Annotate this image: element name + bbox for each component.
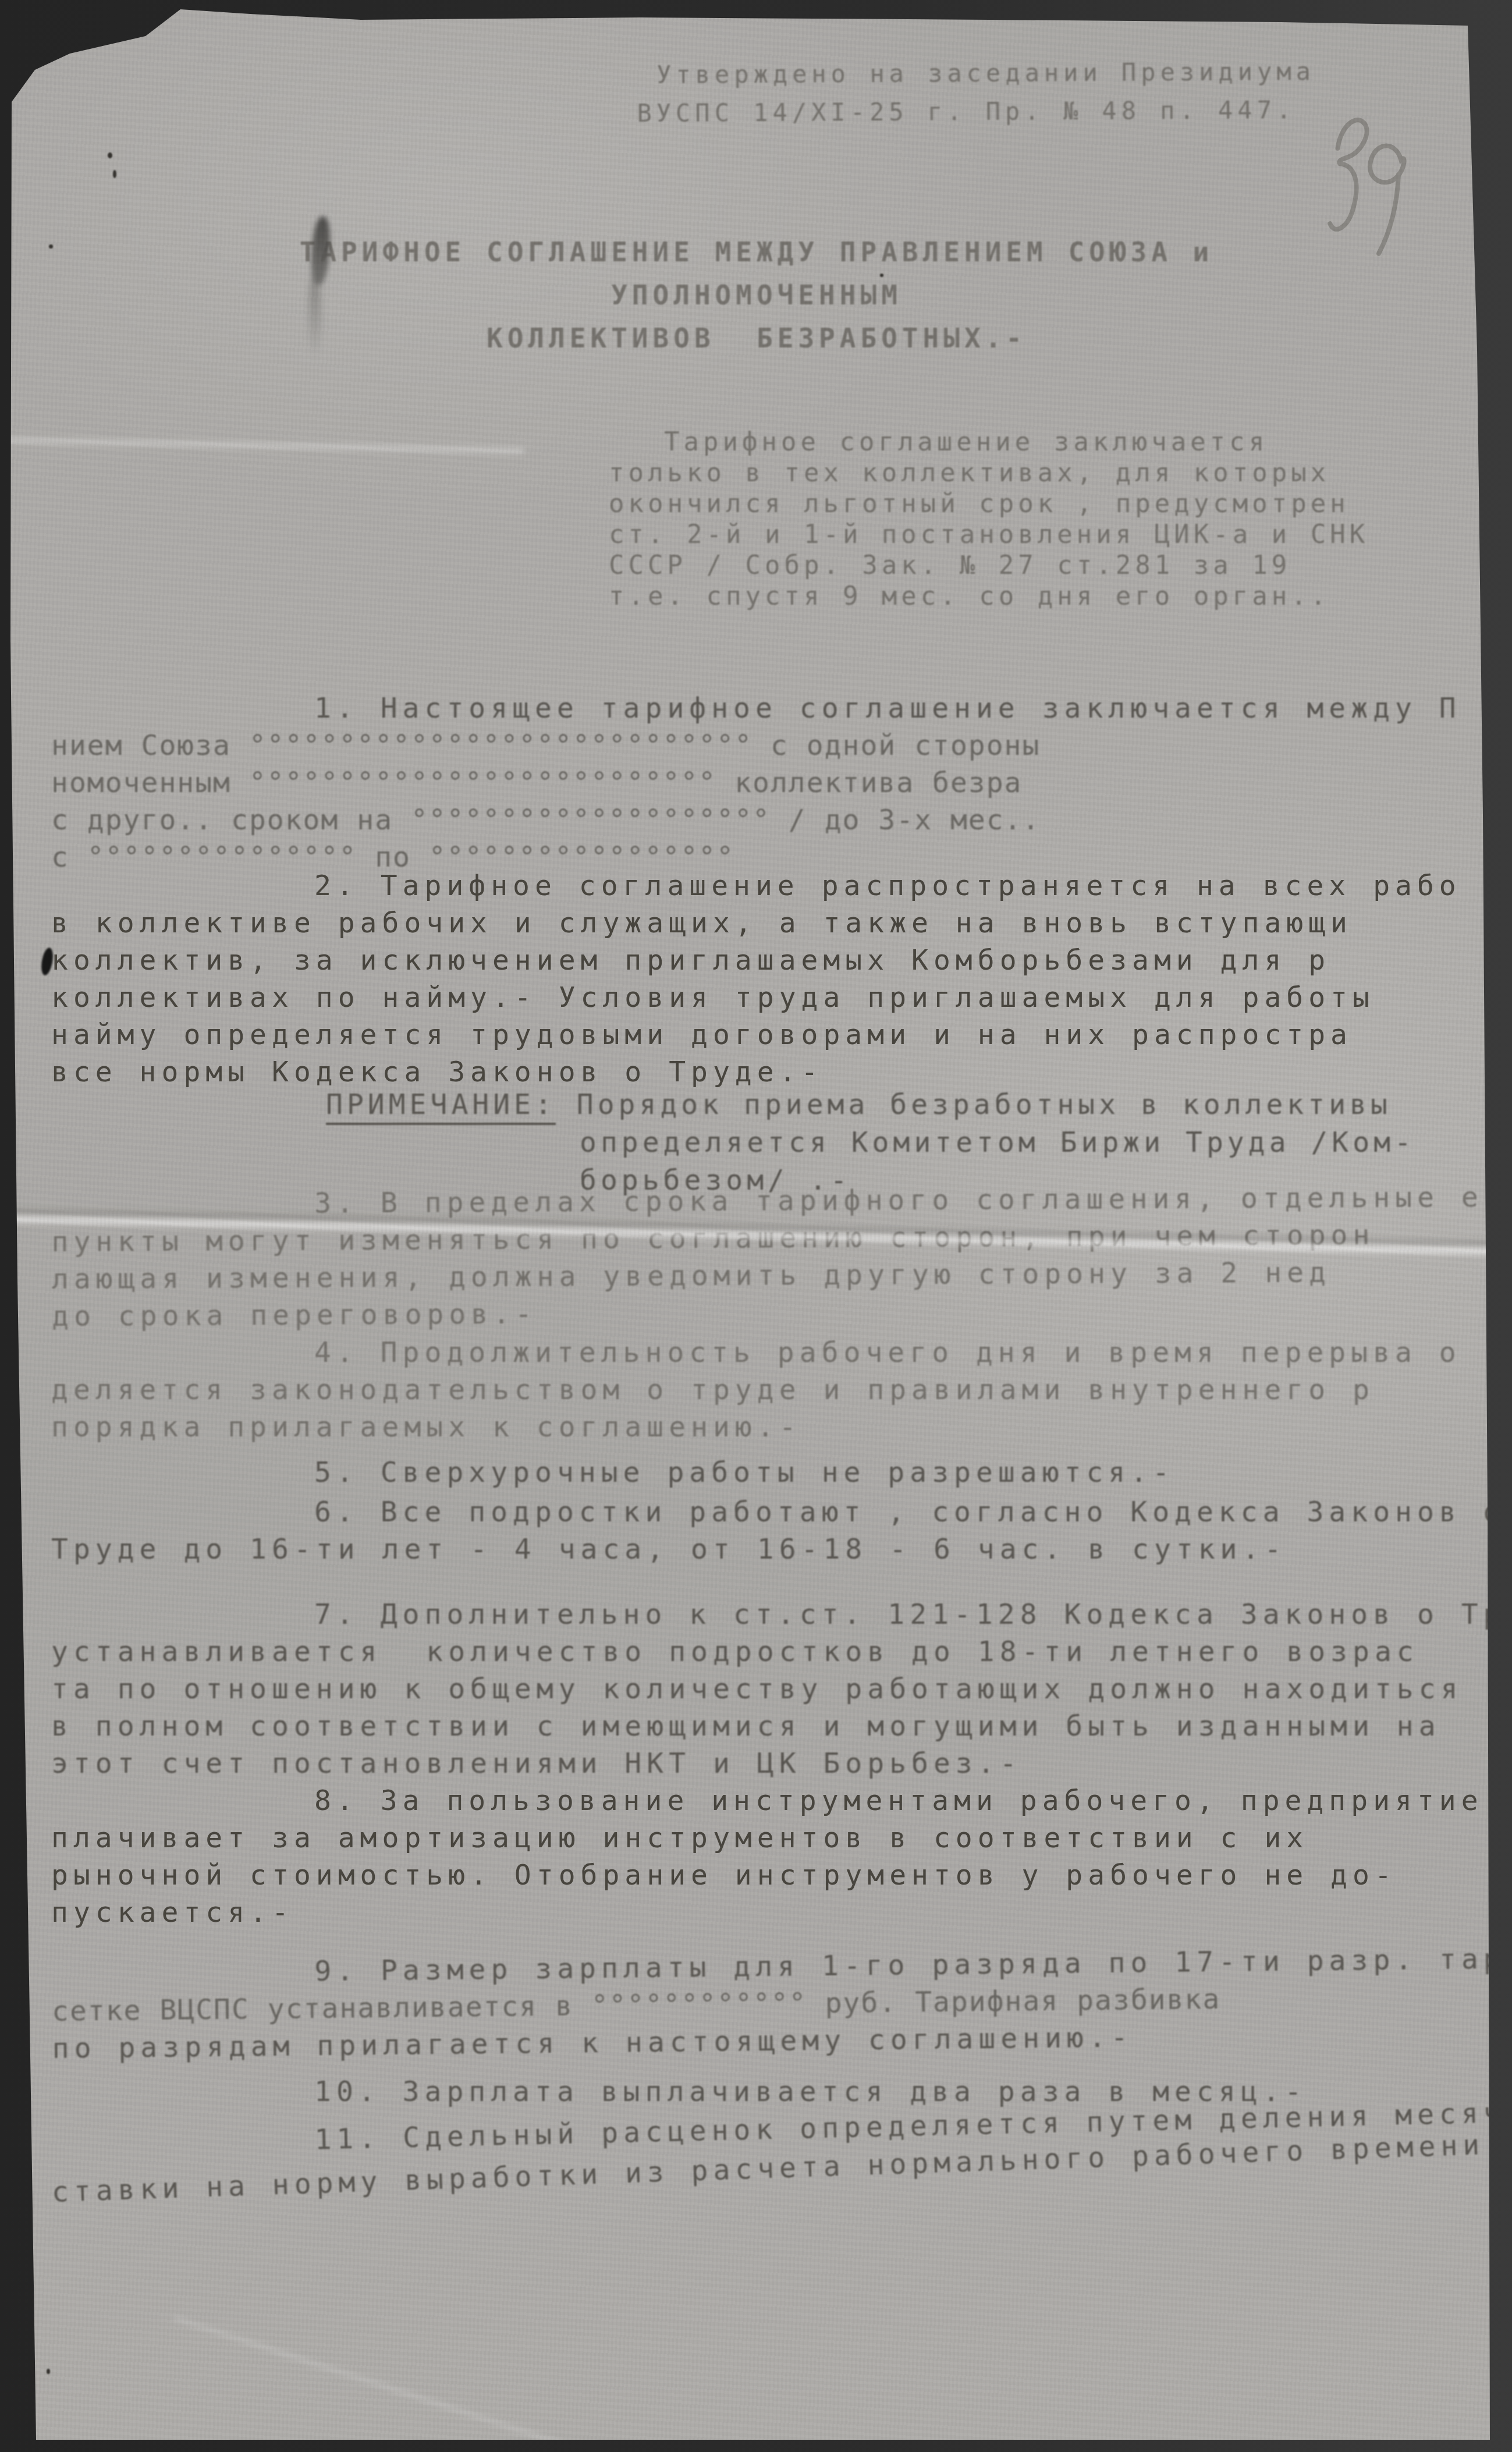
- clause-11-line: ставки на норму выработки из расчета нор…: [51, 2127, 1472, 2211]
- clause-11: 11. Сдельный расценок определяется путем…: [51, 2127, 1471, 2211]
- document-title: ТАРИФНОЕ СОГЛАШЕНИЕ МЕЖДУ ПРАВЛЕНИЕМ СОЮ…: [274, 230, 1240, 360]
- clause-11-line: 11. Сдельный расценок определяется путем…: [51, 2095, 1472, 2164]
- note-line-1: ПРИМЕЧАНИЕ: Порядок приема безработных в…: [326, 1086, 1415, 1124]
- clause-5-line: 5. Сверхурочные работы не разрешаются.-: [51, 1454, 1471, 1491]
- fold-crease-bottom: [174, 2316, 563, 2446]
- note-line-3: борьбезом/ .-: [326, 1162, 1415, 1200]
- clause-3: 3. В пределах срока тарифного соглашения…: [51, 1179, 1472, 1335]
- clause-3-line: пункты могут изменяться по соглашению ст…: [51, 1216, 1471, 1261]
- scanner-background: Утверждено на заседании Президиума ВУСПС…: [0, 0, 1512, 2452]
- clause-7-line: этот счет постановлениями НКТ и ЦК Борьб…: [51, 1745, 1471, 1782]
- note: ПРИМЕЧАНИЕ: Порядок приема безработных в…: [326, 1086, 1415, 1200]
- clause-2-line: в коллективе рабочих и служащих, а также…: [51, 904, 1471, 942]
- clause-2-line: 2. Тарифное соглашение распространяется …: [51, 867, 1471, 904]
- approval-line-2: ВУСПС 14/XI-25 г. Пр. № 48 п. 447.: [637, 91, 1315, 133]
- clause-9-line: по разрядам прилагается к настоящему сог…: [52, 2015, 1472, 2067]
- clause-8: 8. За пользование инструментами рабочего…: [51, 1782, 1471, 1931]
- clause-4: 4. Продолжительность рабочего дня и врем…: [51, 1334, 1471, 1446]
- clause-9: 9. Размер зарплаты для 1-го разряда по 1…: [51, 1940, 1472, 2067]
- clause-7-line: в полном соответствии с имеющимися и мог…: [51, 1708, 1471, 1745]
- clause-1-line: номоченным °°°°°°°°°°°°°°°°°°°°°°°°°° ко…: [51, 764, 1471, 801]
- clause-3-line: лающая изменения, должна уведомить другу…: [52, 1253, 1472, 1298]
- note-label: ПРИМЕЧАНИЕ:: [326, 1088, 556, 1125]
- title-line-1: ТАРИФНОЕ СОГЛАШЕНИЕ МЕЖДУ ПРАВЛЕНИЕМ СОЮ…: [274, 230, 1240, 274]
- clause-2-line: найму определяется трудовыми договорами …: [51, 1016, 1471, 1053]
- clause-7-line: устанавливается количество подростков до…: [51, 1633, 1471, 1670]
- fold-crease-shadow: [0, 1208, 1512, 1247]
- clause-1-line: нием Союза °°°°°°°°°°°°°°°°°°°°°°°°°°°° …: [51, 727, 1471, 764]
- approval-header: Утверждено на заседании Президиума ВУСПС…: [656, 52, 1315, 133]
- clause-6: 6. Все подростки работают , согласно Код…: [51, 1493, 1471, 1568]
- clause-3-line: 3. В пределах срока тарифного соглашения…: [51, 1179, 1471, 1223]
- paper-speck: [113, 170, 116, 178]
- clause-2-line: коллектив, за исключением приглашаемых К…: [51, 942, 1471, 979]
- document-page: Утверждено на заседании Президиума ВУСПС…: [0, 0, 1512, 2452]
- ink-smudge-tail: [308, 274, 321, 361]
- preamble-line: СССР / Собр. Зак. № 27 ст.281 за 19: [609, 550, 1369, 581]
- clause-1-line: 1. Настоящее тарифное соглашение заключа…: [51, 690, 1471, 727]
- clause-8-line: 8. За пользование инструментами рабочего…: [51, 1782, 1471, 1819]
- clause-8-line: рыночной стоимостью. Отобрание инструмен…: [51, 1857, 1471, 1894]
- clause-6-line: 6. Все подростки работают , согласно Код…: [51, 1493, 1471, 1531]
- clause-10-line: 10. Зарплата выплачивается два раза в ме…: [51, 2073, 1471, 2110]
- clause-9-line: сетке ВЦСПС устанавливается в °°°°°°°°°°…: [52, 1978, 1472, 2030]
- paper-speck: [880, 274, 883, 277]
- clause-8-line: плачивает за амортизацию инструментов в …: [51, 1819, 1471, 1857]
- clause-4-line: порядка прилагаемых к соглашению.-: [51, 1408, 1471, 1446]
- clause-7-line: 7. Дополнительно к ст.ст. 121-128 Кодекс…: [51, 1596, 1471, 1633]
- handwritten-page-number: [1314, 107, 1427, 280]
- note-line-2: определяется Комитетом Биржи Труда /Ком-: [326, 1124, 1415, 1162]
- clause-9-line: 9. Размер зарплаты для 1-го разряда по 1…: [51, 1940, 1472, 1993]
- clause-5: 5. Сверхурочные работы не разрешаются.-: [51, 1454, 1471, 1491]
- paper-speck: [47, 2369, 50, 2374]
- title-line-3: КОЛЛЕКТИВОВ БЕЗРАБОТНЫХ.-: [274, 317, 1240, 360]
- clause-1-line: с °°°°°°°°°°°°°°° по °°°°°°°°°°°°°°°°°: [51, 839, 1471, 876]
- clause-1: 1. Настоящее тарифное соглашение заключа…: [51, 690, 1471, 876]
- preamble: Тарифное соглашение заключается только в…: [609, 427, 1369, 612]
- clause-2: 2. Тарифное соглашение распространяется …: [51, 867, 1471, 1091]
- fold-crease: [0, 1215, 1512, 1256]
- paper-hole: [40, 947, 55, 976]
- preamble-line: окончился льготный срок , предусмотрен: [609, 488, 1369, 519]
- ink-smudge: [310, 216, 332, 286]
- paper-speck: [108, 152, 112, 158]
- pencil-39-icon: [1314, 107, 1427, 278]
- clause-4-line: деляется законодательством о труде и пра…: [51, 1371, 1471, 1408]
- clause-6-line: Труде до 16-ти лет - 4 часа, от 16-18 - …: [51, 1531, 1471, 1568]
- clause-3-line: до срока переговоров.-: [52, 1290, 1472, 1335]
- clause-1-line: с друго.. сроком на °°°°°°°°°°°°°°°°°°°°…: [51, 801, 1471, 839]
- clause-2-line: все нормы Кодекса Законов о Труде.-: [51, 1053, 1471, 1091]
- preamble-line: Тарифное соглашение заключается: [609, 427, 1369, 457]
- preamble-line: ст. 2-й и 1-й постановления ЦИК-а и СНК: [609, 519, 1369, 550]
- fold-crease-top: [0, 438, 524, 453]
- clause-7: 7. Дополнительно к ст.ст. 121-128 Кодекс…: [51, 1596, 1471, 1782]
- preamble-line: т.е. спустя 9 мес. со дня его орган..: [609, 581, 1369, 612]
- title-line-2: УПОЛНОМОЧЕННЫМ: [274, 274, 1240, 317]
- clause-8-line: пускается.-: [51, 1894, 1471, 1931]
- approval-line-1: Утверждено на заседании Президиума: [656, 52, 1315, 94]
- paper-speck: [49, 244, 53, 249]
- note-text: Порядок приема безработных в коллективы: [556, 1088, 1392, 1121]
- clause-2-line: коллективах по найму.- Условия труда при…: [51, 979, 1471, 1016]
- clause-10: 10. Зарплата выплачивается два раза в ме…: [51, 2073, 1471, 2110]
- preamble-line: только в тех коллективах, для которых: [609, 457, 1369, 488]
- clause-7-line: та по отношению к общему количеству рабо…: [51, 1670, 1471, 1708]
- clause-4-line: 4. Продолжительность рабочего дня и врем…: [51, 1334, 1471, 1371]
